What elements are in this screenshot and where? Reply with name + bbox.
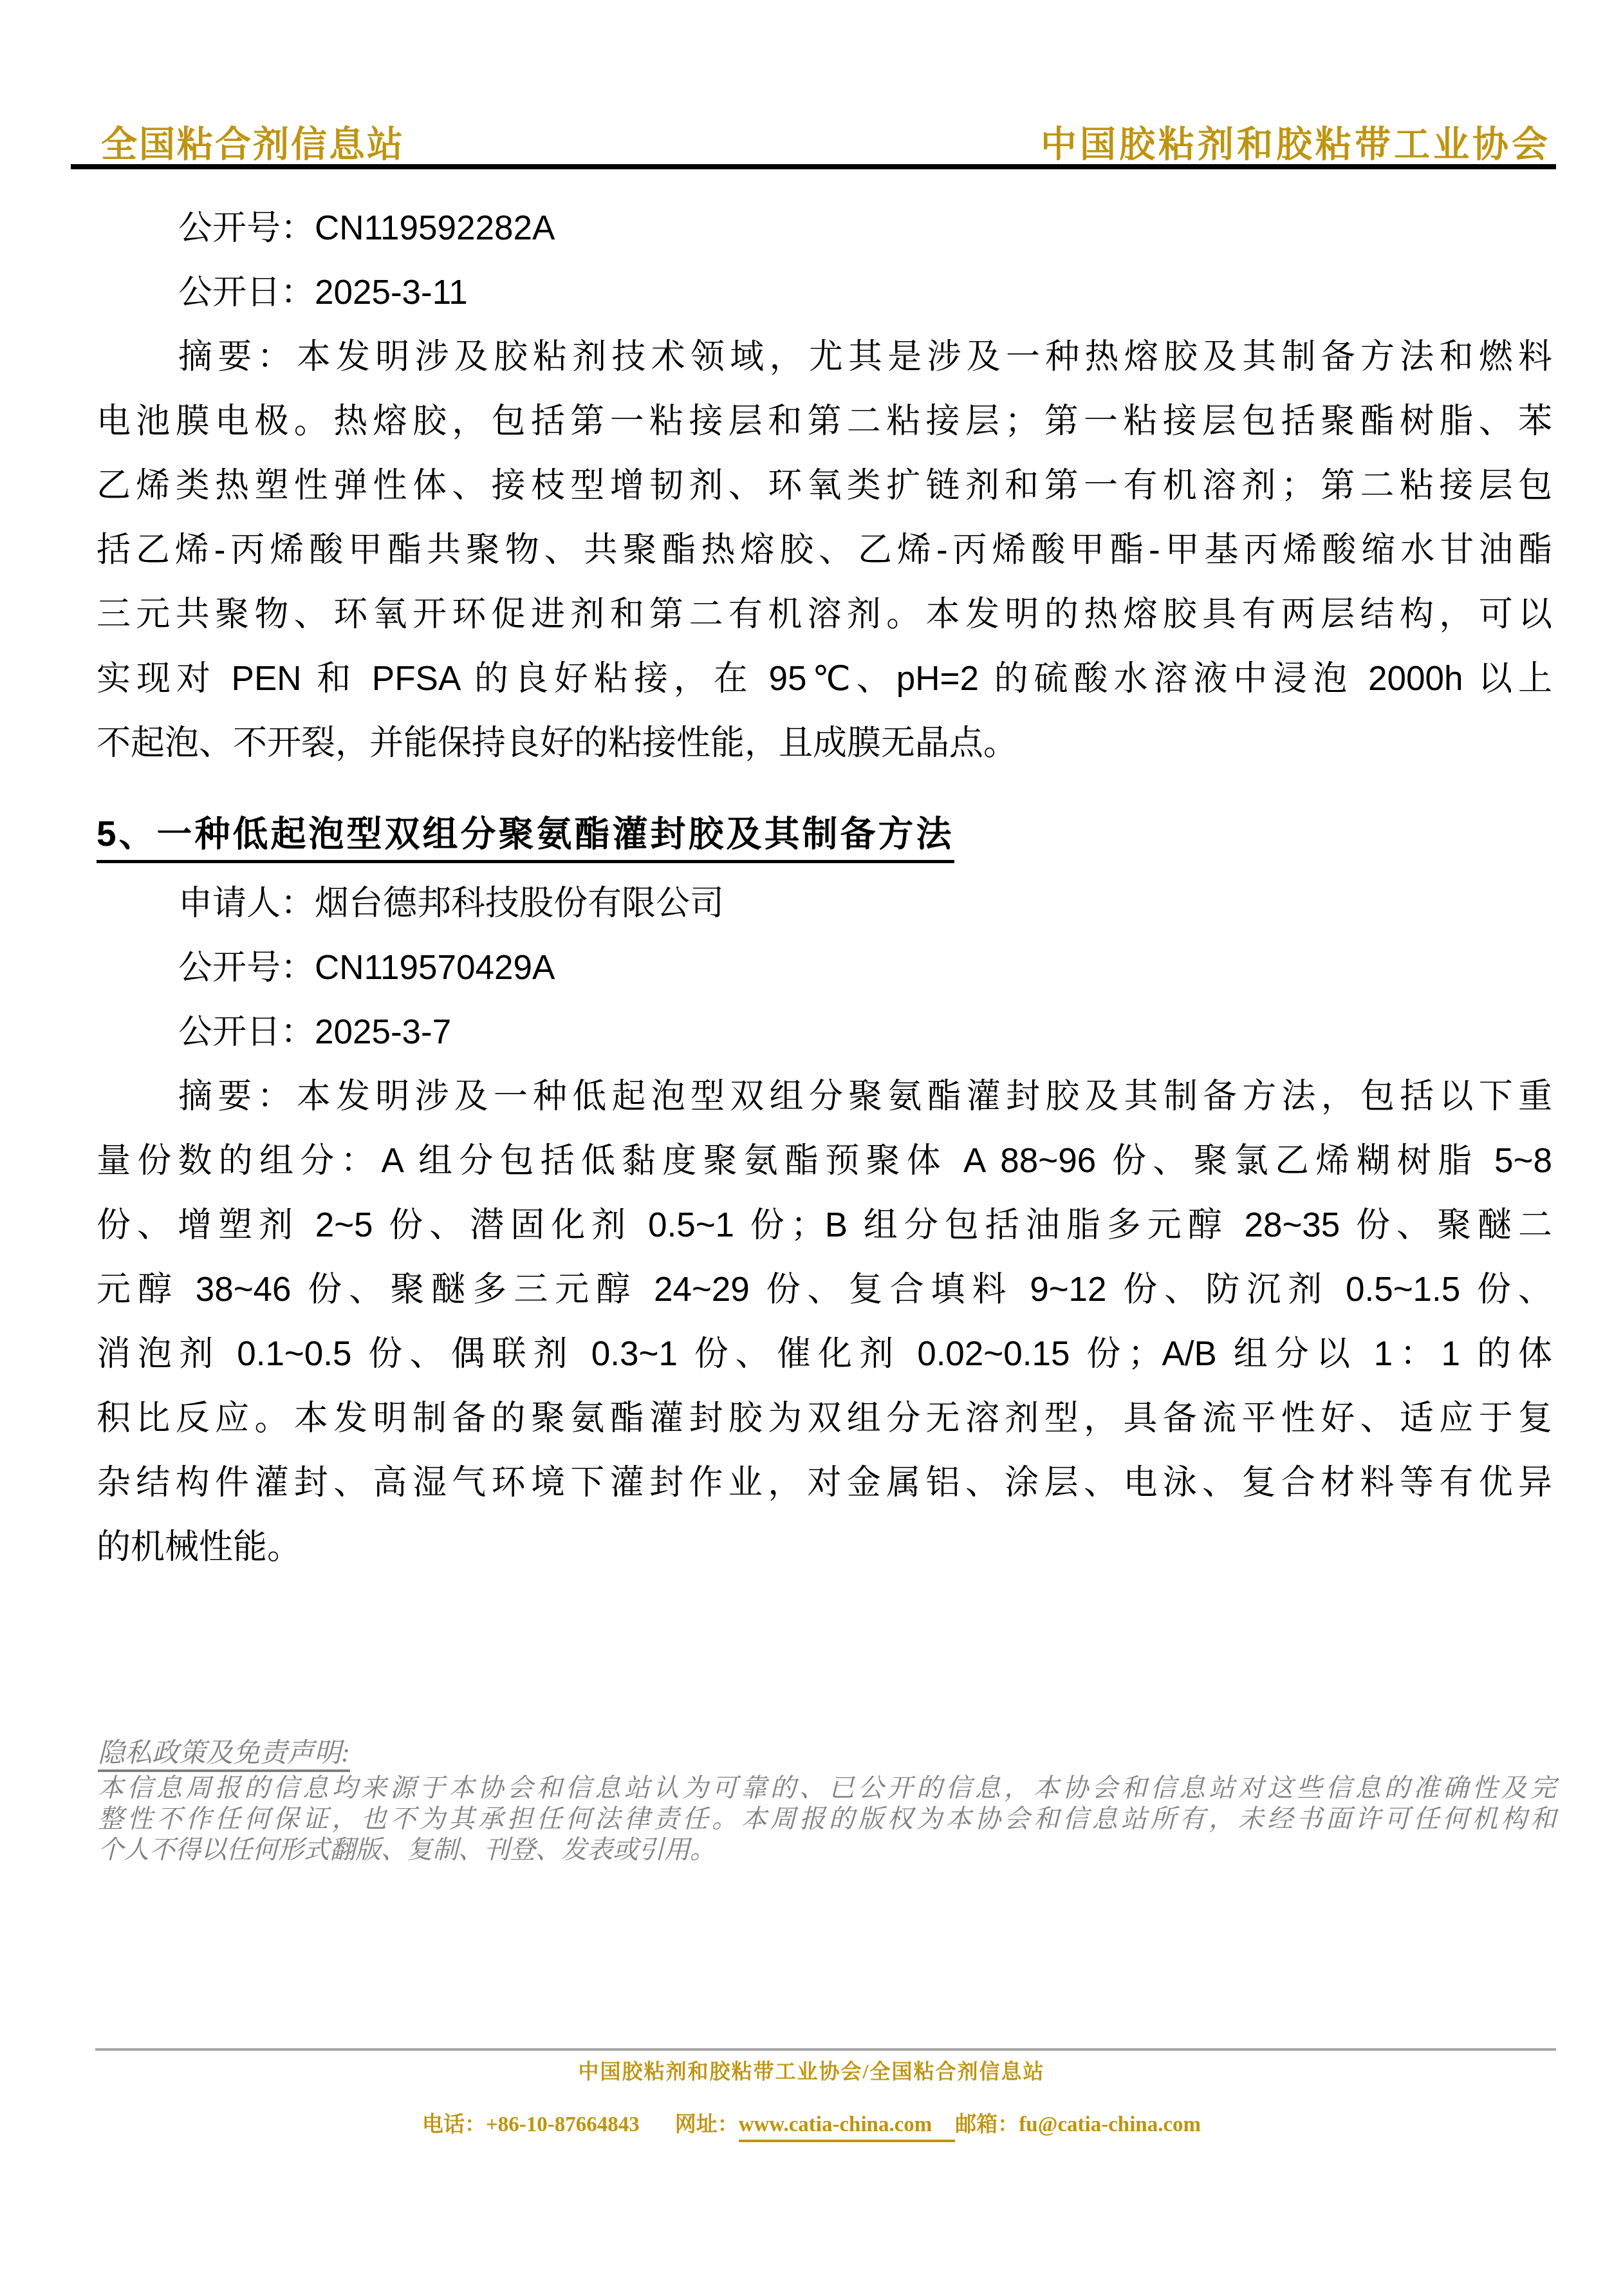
- patent-prev-publication-date: 公开日：2025-3-11: [97, 261, 1552, 325]
- patent5-publication-no: 公开号：CN119570429A: [97, 936, 1552, 1000]
- patent-prev-abstract-line: 电池膜电极。热熔胶，包括第一粘接层和第二粘接层；第一粘接层包括聚酯树脂、苯: [97, 389, 1552, 454]
- patent5-heading: 5、一种低起泡型双组分聚氨酯灌封胶及其制备方法: [97, 803, 954, 864]
- footer-org-line: 中国胶粘剂和胶粘带工业协会/全国粘合剂信息站: [0, 2055, 1623, 2085]
- patent-prev-abstract-line: 三元共聚物、环氧开环促进剂和第二有机溶剂。本发明的热熔胶具有两层结构，可以: [97, 583, 1552, 647]
- header-rule: [71, 164, 1556, 169]
- disclaimer-line: 个人不得以任何形式翻版、复制、刊登、发表或引用。: [98, 1834, 1556, 1865]
- patent-prev-abstract-line: 乙烯类热塑性弹性体、接枝型增韧剂、环氧类扩链剂和第一有机溶剂；第二粘接层包: [97, 454, 1552, 518]
- patent5-abstract-line: 积比反应。本发明制备的聚氨酯灌封胶为双组分无溶剂型，具备流平性好、适应于复: [97, 1386, 1552, 1451]
- disclaimer-line: 本信息周报的信息均来源于本协会和信息站认为可靠的、已公开的信息，本协会和信息站对…: [98, 1773, 1556, 1804]
- patent5-abstract-line: 量份数的组分：A 组分包括低黏度聚氨酯预聚体 A 88~96 份、聚氯乙烯糊树脂…: [97, 1129, 1552, 1193]
- patent-prev-abstract-line: 实现对 PEN 和 PFSA 的良好粘接，在 95℃、pH=2 的硫酸水溶液中浸…: [97, 647, 1552, 711]
- patent5-abstract-line: 份、增塑剂 2~5 份、潜固化剂 0.5~1 份；B 组分包括油脂多元醇 28~…: [97, 1193, 1552, 1258]
- patent5-abstract-line: 的机械性能。: [97, 1515, 1552, 1580]
- disclaimer-title: 隐私政策及免责声明:: [98, 1731, 350, 1770]
- header-left-title: 全国粘合剂信息站: [101, 116, 405, 167]
- footer-web-link[interactable]: www.catia-china.com: [739, 2113, 956, 2142]
- disclaimer-line: 整性不作任何保证，也不为其承担任何法律责任。本周报的版权为本协会和信息站所有，未…: [98, 1804, 1556, 1834]
- patent-prev-abstract-line: 摘要：本发明涉及胶粘剂技术领域，尤其是涉及一种热熔胶及其制备方法和燃料: [97, 325, 1552, 389]
- patent5-abstract-line: 消泡剂 0.1~0.5 份、偶联剂 0.3~1 份、催化剂 0.02~0.15 …: [97, 1322, 1552, 1386]
- footer-web-label: 网址：: [675, 2113, 739, 2136]
- footer-phone-number: +86-10-87664843: [486, 2113, 640, 2136]
- document-page: 全国粘合剂信息站 中国胶粘剂和胶粘带工业协会 公开号：CN119592282A …: [0, 0, 1623, 2296]
- footer-rule: [95, 2048, 1556, 2051]
- patent-prev-block: 公开号：CN119592282A 公开日：2025-3-11 摘要：本发明涉及胶…: [97, 196, 1552, 776]
- header-right-title: 中国胶粘剂和胶粘带工业协会: [1041, 116, 1551, 167]
- patent5-applicant: 申请人：烟台德邦科技股份有限公司: [97, 872, 1552, 936]
- footer-contact-line: 电话：+86-10-87664843网址：www.catia-china.com…: [0, 2107, 1623, 2138]
- patent-prev-abstract-line: 括乙烯-丙烯酸甲酯共聚物、共聚酯热熔胶、乙烯-丙烯酸甲酯-甲基丙烯酸缩水甘油酯: [97, 518, 1552, 583]
- patent5-block: 申请人：烟台德邦科技股份有限公司 公开号：CN119570429A 公开日：20…: [97, 872, 1552, 1580]
- footer-email-address: fu@catia-china.com: [1019, 2113, 1201, 2136]
- patent-prev-abstract-line: 不起泡、不开裂，并能保持良好的粘接性能，且成膜无晶点。: [97, 711, 1552, 776]
- patent5-abstract-line: 元醇 38~46 份、聚醚多三元醇 24~29 份、复合填料 9~12 份、防沉…: [97, 1258, 1552, 1322]
- disclaimer-body: 本信息周报的信息均来源于本协会和信息站认为可靠的、已公开的信息，本协会和信息站对…: [98, 1773, 1556, 1865]
- footer-phone-label: 电话：: [422, 2113, 486, 2136]
- patent5-publication-date: 公开日：2025-3-7: [97, 1000, 1552, 1065]
- disclaimer-title-text: 隐私政策及免责声明:: [98, 1739, 350, 1772]
- footer-email-label: 邮箱：: [955, 2113, 1019, 2136]
- patent5-abstract-line: 杂结构件灌封、高湿气环境下灌封作业，对金属铝、涂层、电泳、复合材料等有优异: [97, 1451, 1552, 1515]
- patent-prev-publication-no: 公开号：CN119592282A: [97, 196, 1552, 261]
- patent5-heading-text: 5、一种低起泡型双组分聚氨酯灌封胶及其制备方法: [97, 814, 954, 863]
- patent5-abstract-line: 摘要：本发明涉及一种低起泡型双组分聚氨酯灌封胶及其制备方法，包括以下重: [97, 1065, 1552, 1129]
